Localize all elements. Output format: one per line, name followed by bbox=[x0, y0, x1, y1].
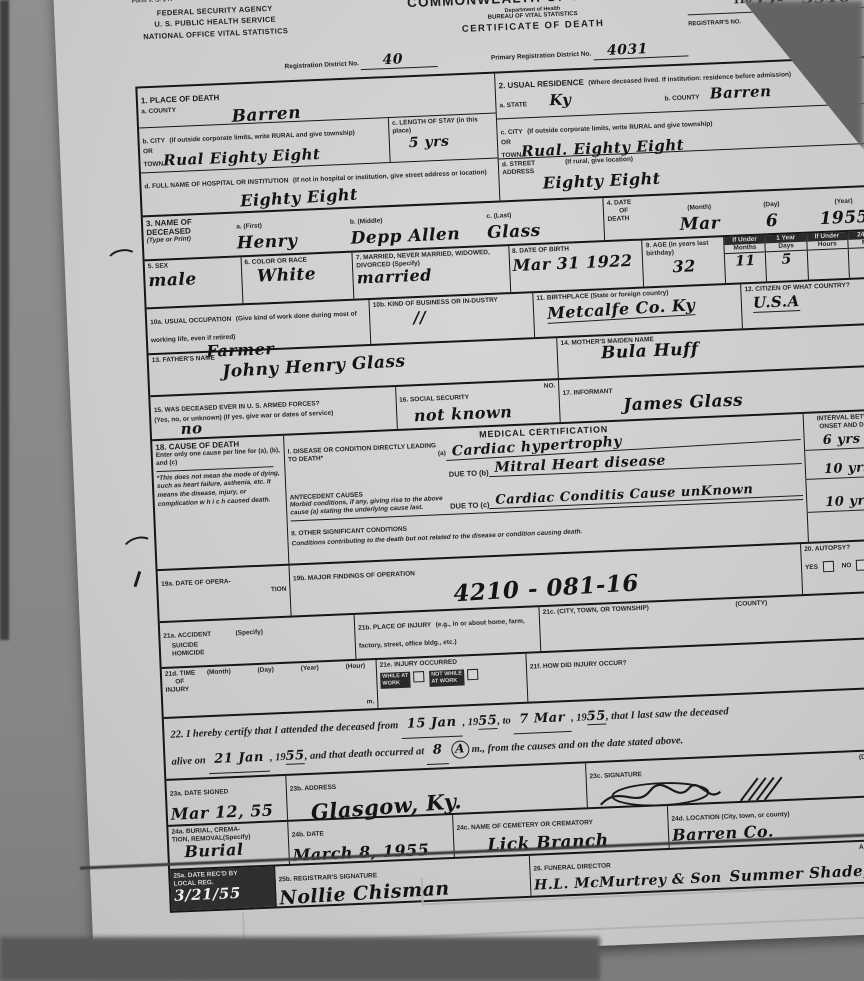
operation-date-label: 19a. DATE OF OPERA- bbox=[161, 578, 231, 588]
cause-c-label: DUE TO (c) bbox=[450, 500, 490, 511]
injury-year-label: (Year) bbox=[301, 664, 321, 709]
street-label2: ADDRESS bbox=[502, 168, 536, 177]
death-day-value: 6 bbox=[740, 210, 805, 233]
autopsy-no-label: NO bbox=[835, 562, 851, 570]
injury-month-label: (Month) bbox=[207, 668, 233, 713]
stay-value: 5 yrs bbox=[409, 131, 495, 151]
while-at-work-checkbox bbox=[413, 671, 424, 682]
primary-district-value: 4031 bbox=[593, 39, 689, 60]
certify-y3: 55 bbox=[285, 748, 305, 765]
age-value: 32 bbox=[646, 255, 722, 277]
injury-time-label3: INJURY bbox=[165, 685, 207, 695]
certify-hour-value: 8 bbox=[426, 737, 449, 765]
cell-citizen: 12. CITIZEN OF WHAT COUNTRY? U.S.A bbox=[741, 278, 864, 328]
cell-operation-date: 19a. DATE OF OPERA- TION bbox=[158, 566, 292, 621]
death-date-label3: DEATH bbox=[607, 213, 659, 223]
cell-age: 9. AGE (In years last birthday) 32 bbox=[643, 237, 727, 286]
how-injury-label: 21f. HOW DID INJURY OCCUR? bbox=[530, 660, 627, 671]
certify-y2: 55 bbox=[586, 708, 606, 725]
cell-accident-suicide-homicide: 21a. ACCIDENT (Specify) SUICIDE HOMICIDE bbox=[160, 615, 357, 667]
certificate-form: Form V. S. 1-A FEDERAL SECURITY AGENCY U… bbox=[132, 0, 864, 913]
death-day-label: (Day) bbox=[763, 201, 780, 209]
autopsy-yes-label: YES bbox=[805, 563, 818, 571]
cell-armed-forces: 15. WAS DECEASED EVER IN U. S. ARMED FOR… bbox=[150, 387, 397, 439]
photo-stage: Form V. S. 1-A FEDERAL SECURITY AGENCY U… bbox=[0, 0, 864, 981]
cause-a-label: (a) bbox=[438, 450, 446, 458]
cause-sidebar: 18. CAUSE OF DEATH Enter only one cause … bbox=[152, 436, 289, 569]
age-hours-label: Hours bbox=[807, 240, 848, 250]
cell-age-subunits: If Under Months 11 1 Year Days 5 If Unde… bbox=[724, 230, 864, 283]
death-month-label: (Month) bbox=[687, 204, 711, 212]
certify-p3: alive on bbox=[171, 755, 206, 767]
sex-value: male bbox=[148, 267, 238, 291]
race-value: White bbox=[257, 263, 350, 287]
not-while-label2: AT WORK bbox=[431, 677, 462, 685]
certify-y1: 55 bbox=[478, 713, 498, 730]
place-of-death-column: 1. PLACE OF DEATH a. COUNTY Barren b. CI… bbox=[137, 74, 500, 216]
desk-shadow-strip bbox=[0, 937, 600, 981]
residence-section-label: 2. USUAL RESIDENCE bbox=[499, 78, 585, 91]
city-label: b. CITY bbox=[142, 137, 165, 145]
injury-day-label: (Day) bbox=[257, 666, 275, 711]
last-name-label: c. (Last) bbox=[486, 212, 511, 220]
primary-district-label: Primary Registration District No. bbox=[439, 51, 592, 64]
certify-p4: , and that death occurred at bbox=[305, 746, 425, 762]
residence-county-value: Barren bbox=[703, 82, 771, 103]
state-file-label: STATE FILE NO. bbox=[687, 0, 734, 13]
place-section-label: 1. PLACE OF DEATH bbox=[141, 93, 220, 105]
certificate-paper: Form V. S. 1-A FEDERAL SECURITY AGENCY U… bbox=[52, 0, 864, 967]
middle-name-value: Depp Allen bbox=[350, 223, 487, 249]
autopsy-yes-checkbox bbox=[823, 561, 834, 572]
death-year-value: 1955 bbox=[804, 206, 864, 229]
cause-main: MEDICAL CERTIFICATION I. DISEASE OR COND… bbox=[284, 414, 809, 564]
pen-mark-tick bbox=[134, 571, 141, 587]
first-name-label: a. (First) bbox=[236, 222, 262, 230]
cell-sex: 5. SEX male bbox=[145, 257, 244, 307]
address-label: 23b. ADDRESS bbox=[290, 784, 337, 793]
agency-block: FEDERAL SECURITY AGENCY U. S. PUBLIC HEA… bbox=[142, 2, 288, 42]
age-months-value: 11 bbox=[725, 252, 766, 270]
certify-p5: m., from the causes and on the date stat… bbox=[471, 735, 683, 755]
reg-district-value: 40 bbox=[360, 50, 437, 70]
certify-ampm-value: A bbox=[451, 740, 470, 759]
form-box: 1. PLACE OF DEATH a. COUNTY Barren b. CI… bbox=[135, 55, 864, 913]
cell-date-signed: 23a. DATE SIGNED Mar 12, 55 bbox=[166, 776, 288, 825]
cell-marital: 7. MARRIED, NEVER MARRIED, WIDOWED, DIVO… bbox=[353, 246, 511, 299]
injury-hour-label: (Hour) bbox=[346, 663, 367, 708]
autopsy-no-checkbox bbox=[856, 559, 864, 570]
cell-birthplace: 11. BIRTHPLACE (State or foreign country… bbox=[533, 284, 743, 337]
cell-industry: 10b. KIND OF BUSINESS OR IN-DUSTRY // bbox=[370, 293, 535, 344]
certify-alive-value: 21 Jan bbox=[208, 745, 271, 775]
date-signed-label: 23a. DATE SIGNED bbox=[170, 788, 229, 797]
residence-state-value: Ky bbox=[531, 90, 572, 110]
residence-city-label: c. CITY bbox=[501, 128, 523, 136]
ssn-label: 16. SOCIAL SECURITY bbox=[399, 394, 469, 404]
cell-time-of-injury: 21d. TIME OF INJURY (Month) (Day) (Year)… bbox=[162, 660, 379, 717]
cell-length-of-stay: c. LENGTH OF STAY (in this place) 5 yrs bbox=[389, 114, 498, 162]
age-days-value: 5 bbox=[766, 250, 807, 268]
certify-to-value: 7 Mar bbox=[513, 705, 572, 734]
injury-kind-label: 21a. ACCIDENT bbox=[163, 631, 211, 640]
informant-label: 17. INFORMANT bbox=[563, 388, 613, 397]
form-number: Form V. S. 1-A bbox=[132, 0, 173, 5]
occupation-label: 10a. USUAL OCCUPATION bbox=[150, 316, 231, 326]
photo-edge-strip bbox=[0, 0, 9, 640]
age-months-col: If Under Months 11 bbox=[724, 235, 767, 283]
injury-county-label: (COUNTY) bbox=[701, 598, 802, 642]
signature-degree-note: (Degree or title) bbox=[859, 752, 864, 762]
burial-kind-value: Burial bbox=[184, 838, 286, 861]
interval-column: INTERVAL BETWEEN ONSET AND DEATH 6 yrs 1… bbox=[804, 410, 864, 542]
certify-p1: 22. I hereby certify that I attended the… bbox=[170, 720, 398, 741]
cause-part1-label: I. DISEASE OR CONDITION DIRECTLY LEADING… bbox=[288, 443, 439, 465]
age-min-col: 24 Hrs. Min. bbox=[848, 230, 864, 278]
cell-ssn: 16. SOCIAL SECURITY NO. not known bbox=[396, 380, 561, 429]
interval-c-value: 10 yrs bbox=[806, 476, 864, 513]
cell-injury-occurred: 21e. INJURY OCCURRED WHILE AT WORK NOT W… bbox=[377, 654, 529, 708]
cell-place-of-injury: 21b. PLACE OF INJURY (e.g., in or about … bbox=[355, 607, 542, 659]
informant-value: James Glass bbox=[623, 384, 864, 415]
recd-value: 3/21/55 bbox=[174, 882, 273, 904]
hospital-label: d. FULL NAME OF HOSPITAL OR INSTITUTION bbox=[144, 177, 288, 190]
pen-mark-arc-top bbox=[105, 247, 140, 274]
funeral-address-label: ADDRESS bbox=[859, 842, 864, 852]
middle-name-label: b. (Middle) bbox=[350, 217, 383, 225]
interval-b-value: 10 yrs bbox=[805, 447, 864, 480]
operation-date-label2: TION bbox=[161, 586, 286, 599]
reg-district-label: Registration District No. bbox=[284, 60, 359, 70]
death-month-value: Mar bbox=[659, 212, 740, 235]
residence-state-label: a. STATE bbox=[499, 101, 527, 109]
age-hours-col: If Under Hours bbox=[807, 232, 850, 280]
certify-sep19c: , 19 bbox=[270, 752, 286, 764]
signature-label: 23c. SIGNATURE bbox=[589, 771, 642, 780]
cell-race: 6. COLOR OR RACE White bbox=[241, 253, 354, 304]
while-at-label2: WORK bbox=[382, 680, 408, 688]
title-block: COMMONWEALTH OF KENTUCKY Department of H… bbox=[382, 0, 683, 38]
cell-autopsy: 20. AUTOPSY? YES NO bbox=[801, 540, 864, 594]
certify-to-word: , to bbox=[497, 715, 511, 727]
certify-sep19b: , 19 bbox=[571, 712, 587, 724]
cell-occupation: 10a. USUAL OCCUPATION (Give kind of work… bbox=[147, 300, 372, 353]
first-name-value: Henry bbox=[237, 229, 352, 254]
cell-date-of-birth: 8. DATE OF BIRTH Mar 31 1922 bbox=[509, 241, 645, 293]
residence-county-label: b. COUNTY bbox=[664, 94, 699, 102]
burial-date-label: 24b. DATE bbox=[292, 830, 324, 838]
cell-date-received: 25a. DATE REC'D BY LOCAL REG. 3/21/55 bbox=[170, 866, 277, 910]
interval-label: INTERVAL BETWEEN ONSET AND DEATH bbox=[804, 410, 864, 433]
date-signed-value: Mar 12, 55 bbox=[170, 800, 284, 824]
injury-m-suffix: m. bbox=[367, 698, 375, 706]
interval-a-value: 6 yrs bbox=[804, 430, 864, 451]
injury-loc-label: 21c. (CITY, TOWN, OR TOWNSHIP) bbox=[543, 602, 704, 649]
age-h2b: 24 Hrs. bbox=[848, 230, 864, 239]
certify-from-value: 15 Jan bbox=[400, 709, 463, 739]
certify-p2: , that I last saw the deceased bbox=[606, 706, 729, 722]
age-days-col: 1 Year Days 5 bbox=[766, 234, 809, 282]
ssn-label2: NO. bbox=[544, 382, 556, 390]
injury-place-label: 21b. PLACE OF INJURY bbox=[358, 622, 431, 632]
injury-state-label: (STATE) bbox=[801, 594, 864, 638]
ssn-value: not known bbox=[413, 400, 556, 425]
cause-b-label: DUE TO (b) bbox=[449, 468, 489, 479]
age-min-label: Min. bbox=[848, 238, 864, 248]
pen-mark-arc-bottom bbox=[120, 533, 156, 562]
city-town-label: TOWN bbox=[143, 160, 163, 169]
citizen-value: U.S.A bbox=[753, 292, 800, 313]
autopsy-label: 20. AUTOPSY? bbox=[804, 542, 864, 554]
death-year-label: (Year) bbox=[834, 198, 852, 206]
injury-kind-note: (Specify) bbox=[215, 629, 263, 638]
injury-place-note: (e.g., in or about home, farm, factory, … bbox=[359, 618, 525, 650]
operation-findings-label: 19b. MAJOR FINDINGS OF OPERATION bbox=[293, 570, 415, 582]
not-while-at-work-checkbox bbox=[467, 669, 478, 680]
cemetery-label: 24c. NAME OF CEMETERY OR CREMATORY bbox=[456, 819, 593, 832]
cause-footnote: *This does not mean the mode of dying, s… bbox=[157, 469, 283, 509]
last-name-value: Glass bbox=[487, 218, 602, 243]
certify-sep19a: , 19 bbox=[462, 717, 478, 729]
